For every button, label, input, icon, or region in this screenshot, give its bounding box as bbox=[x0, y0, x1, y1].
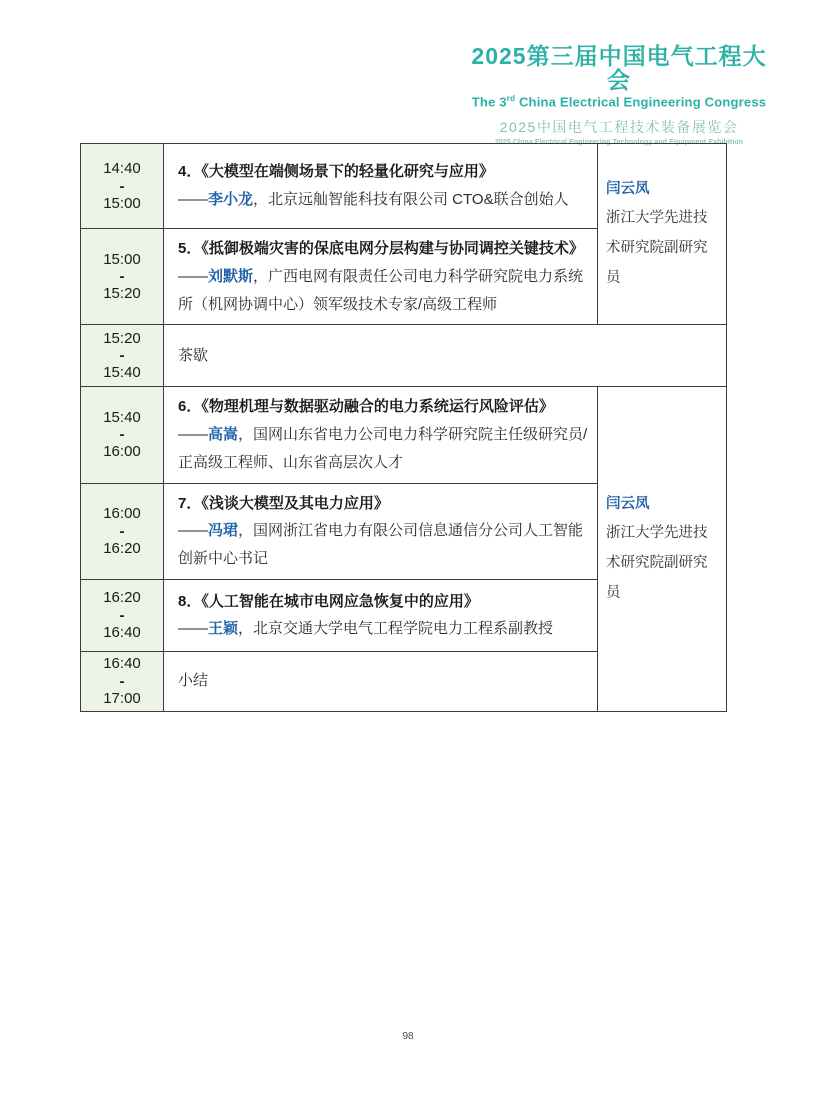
speaker-name: 高嵩 bbox=[208, 426, 238, 443]
congress-title-en: The 3rd China Electrical Engineering Con… bbox=[466, 94, 772, 109]
conference-logo: 2025第三届中国电气工程大会 The 3rd China Electrical… bbox=[466, 44, 772, 146]
time-cell: 15:40 - 16:00 bbox=[81, 387, 164, 483]
session-title: 4．《大模型在端侧场景下的轻量化研究与应用》 bbox=[178, 158, 589, 186]
congress-title-en-ordinal: rd bbox=[507, 94, 515, 103]
session-title: 6．《物理机理与数据驱动融合的电力系统运行风险评估》 bbox=[178, 393, 589, 421]
break-cell: 茶歇 bbox=[164, 325, 727, 387]
congress-title-cn: 2025第三届中国电气工程大会 bbox=[466, 44, 772, 92]
session-speaker-line: ——冯珺，国网浙江省电力有限公司信息通信分公司人工智能创新中心书记 bbox=[178, 517, 589, 573]
time-start: 15:20 bbox=[81, 329, 163, 349]
em-dash: —— bbox=[178, 426, 208, 443]
time-separator: - bbox=[81, 427, 163, 442]
speaker-name: 李小龙 bbox=[208, 191, 253, 208]
time-separator: - bbox=[81, 674, 163, 689]
time-cell: 16:20 - 16:40 bbox=[81, 579, 164, 651]
speaker-name: 刘默斯 bbox=[208, 268, 253, 285]
congress-title-en-prefix: The 3 bbox=[472, 95, 507, 110]
time-cell: 15:00 - 15:20 bbox=[81, 229, 164, 325]
exhibition-title-cn: 2025中国电气工程技术装备展览会 bbox=[466, 117, 772, 137]
speaker-name: 冯珺 bbox=[208, 522, 238, 539]
em-dash: —— bbox=[178, 191, 208, 208]
time-cell: 16:40 - 17:00 bbox=[81, 651, 164, 711]
speaker-affiliation: ，北京远舢智能科技有限公司 CTO&联合创始人 bbox=[253, 191, 569, 208]
time-cell: 15:20 - 15:40 bbox=[81, 325, 164, 387]
speaker-affiliation: ，北京交通大学电气工程学院电力工程系副教授 bbox=[238, 620, 553, 637]
session-cell: 4．《大模型在端侧场景下的轻量化研究与应用》 ——李小龙，北京远舢智能科技有限公… bbox=[164, 144, 598, 229]
time-start: 16:00 bbox=[81, 504, 163, 524]
time-start: 15:00 bbox=[81, 250, 163, 270]
agenda-row: 15:20 - 15:40 茶歇 bbox=[81, 325, 727, 387]
session-speaker-line: ——刘默斯，广西电网有限责任公司电力科学研究院电力系统所（机网协调中心）领军级技… bbox=[178, 263, 589, 319]
chair-name: 闫云凤 bbox=[606, 175, 718, 205]
time-start: 15:40 bbox=[81, 408, 163, 428]
session-speaker-line: ——王颖，北京交通大学电气工程学院电力工程系副教授 bbox=[178, 615, 589, 643]
time-end: 15:00 bbox=[81, 194, 163, 214]
break-label: 茶歇 bbox=[178, 342, 718, 370]
summary-cell: 小结 bbox=[164, 651, 598, 711]
summary-label: 小结 bbox=[178, 667, 589, 695]
chair-title: 浙江大学先进技术研究院副研究员 bbox=[606, 210, 708, 285]
em-dash: —— bbox=[178, 522, 208, 539]
session-speaker-line: ——高嵩，国网山东省电力公司电力科学研究院主任级研究员/正高级工程师、山东省高层… bbox=[178, 421, 589, 477]
session-title: 5．《抵御极端灾害的保底电网分层构建与协同调控关键技术》 bbox=[178, 235, 589, 263]
chair-name: 闫云凤 bbox=[606, 490, 718, 520]
session-title: 8．《人工智能在城市电网应急恢复中的应用》 bbox=[178, 588, 589, 616]
time-separator: - bbox=[81, 269, 163, 284]
time-end: 15:40 bbox=[81, 363, 163, 383]
speaker-affiliation: ，国网山东省电力公司电力科学研究院主任级研究员/正高级工程师、山东省高层次人才 bbox=[178, 426, 587, 471]
session-title: 7．《浅谈大模型及其电力应用》 bbox=[178, 490, 589, 518]
page-number: 98 bbox=[0, 1031, 816, 1042]
time-start: 16:20 bbox=[81, 588, 163, 608]
em-dash: —— bbox=[178, 620, 208, 637]
session-cell: 6．《物理机理与数据驱动融合的电力系统运行风险评估》 ——高嵩，国网山东省电力公… bbox=[164, 387, 598, 483]
time-separator: - bbox=[81, 524, 163, 539]
agenda-row: 15:40 - 16:00 6．《物理机理与数据驱动融合的电力系统运行风险评估》… bbox=[81, 387, 727, 483]
session-cell: 5．《抵御极端灾害的保底电网分层构建与协同调控关键技术》 ——刘默斯，广西电网有… bbox=[164, 229, 598, 325]
time-end: 16:40 bbox=[81, 623, 163, 643]
chair-title: 浙江大学先进技术研究院副研究员 bbox=[606, 525, 708, 600]
time-cell: 16:00 - 16:20 bbox=[81, 483, 164, 579]
speaker-name: 王颖 bbox=[208, 620, 238, 637]
time-separator: - bbox=[81, 348, 163, 363]
agenda-row: 14:40 - 15:00 4．《大模型在端侧场景下的轻量化研究与应用》 ——李… bbox=[81, 144, 727, 229]
time-end: 16:00 bbox=[81, 442, 163, 462]
congress-title-en-suffix: China Electrical Engineering Congress bbox=[515, 95, 766, 110]
session-speaker-line: ——李小龙，北京远舢智能科技有限公司 CTO&联合创始人 bbox=[178, 186, 589, 214]
chair-cell: 闫云凤 浙江大学先进技术研究院副研究员 bbox=[598, 144, 727, 325]
time-start: 16:40 bbox=[81, 654, 163, 674]
time-end: 15:20 bbox=[81, 284, 163, 304]
time-end: 16:20 bbox=[81, 539, 163, 559]
em-dash: —— bbox=[178, 268, 208, 285]
agenda-table: 14:40 - 15:00 4．《大模型在端侧场景下的轻量化研究与应用》 ——李… bbox=[80, 143, 727, 712]
chair-cell: 闫云凤 浙江大学先进技术研究院副研究员 bbox=[598, 387, 727, 712]
session-cell: 7．《浅谈大模型及其电力应用》 ——冯珺，国网浙江省电力有限公司信息通信分公司人… bbox=[164, 483, 598, 579]
speaker-affiliation: ，国网浙江省电力有限公司信息通信分公司人工智能创新中心书记 bbox=[178, 522, 583, 567]
session-cell: 8．《人工智能在城市电网应急恢复中的应用》 ——王颖，北京交通大学电气工程学院电… bbox=[164, 579, 598, 651]
time-start: 14:40 bbox=[81, 159, 163, 179]
time-end: 17:00 bbox=[81, 689, 163, 709]
time-separator: - bbox=[81, 608, 163, 623]
time-cell: 14:40 - 15:00 bbox=[81, 144, 164, 229]
time-separator: - bbox=[81, 179, 163, 194]
document-page: 2025第三届中国电气工程大会 The 3rd China Electrical… bbox=[0, 0, 816, 1100]
